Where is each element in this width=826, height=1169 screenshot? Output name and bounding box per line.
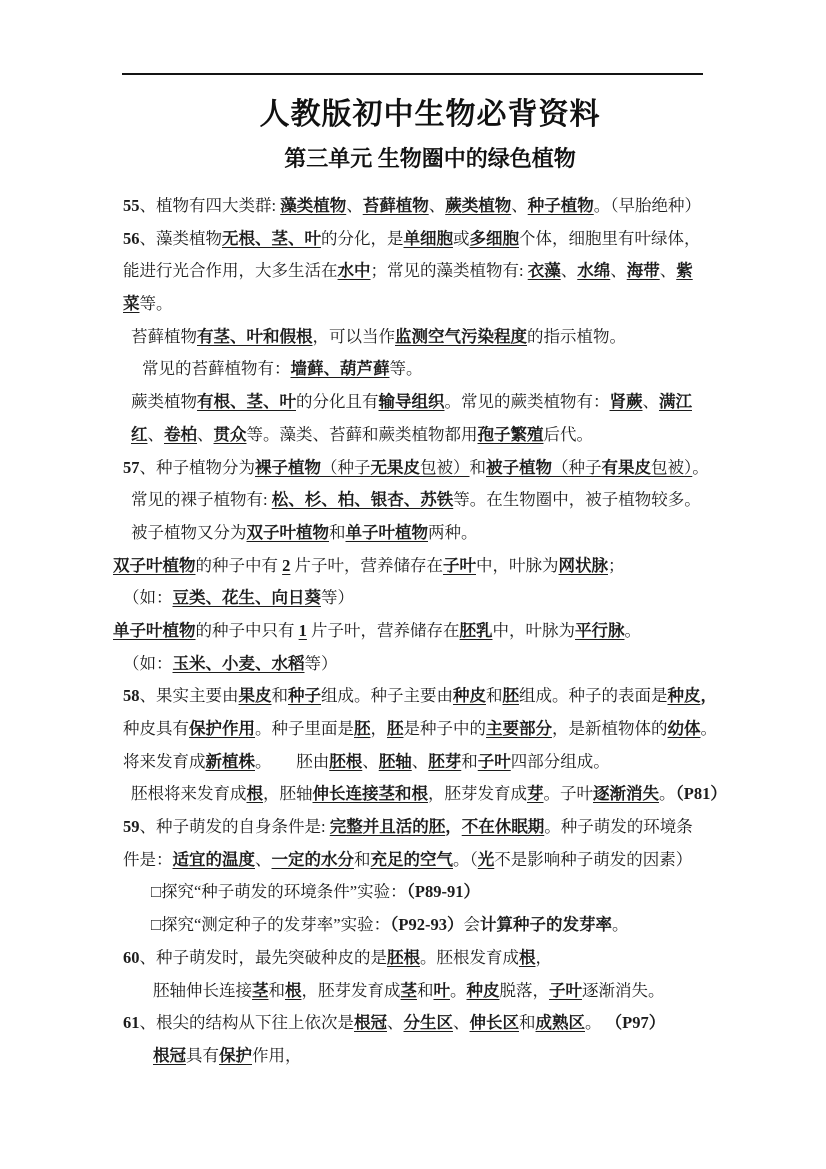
text-run: 会 <box>463 915 480 934</box>
text-run: 单细胞 <box>404 229 454 248</box>
text-run: 四部分组成。 <box>511 752 610 771</box>
text-run: 59 <box>123 817 140 836</box>
document-body: 55、植物有四大类群: 藻类植物、苔藓植物、蕨类植物、种子植物。（早胎绝种）56… <box>123 190 723 1073</box>
text-run: ，胚芽发育成 <box>302 981 401 1000</box>
text-line: 61、根尖的结构从下往上依次是根冠、分生区、伸长区和成熟区。 （P97） <box>123 1007 723 1040</box>
text-run: 和 <box>417 981 434 1000</box>
text-run: 和 <box>519 1013 536 1032</box>
text-run: 藻类植物 <box>280 196 346 215</box>
text-run: 。种子里面是 <box>255 719 354 738</box>
text-run: 、种子萌发的自身条件是: <box>140 817 330 836</box>
text-run: 逐渐消失 <box>593 784 659 803</box>
text-run: 、 <box>362 752 379 771</box>
text-run: 伸长连接茎和根 <box>313 784 429 803</box>
text-line: 常见的裸子植物有: 松、杉、柏、银杏、苏铁等。在生物圈中，被子植物较多。 <box>131 484 723 517</box>
text-line: 双子叶植物的种子中有 2 片子叶，营养储存在子叶中，叶脉为网状脉； <box>113 550 723 583</box>
text-line: 单子叶植物的种子中只有 1 片子叶，营养储存在胚乳中，叶脉为平行脉。 <box>113 615 723 648</box>
text-run: 根 <box>247 784 264 803</box>
text-run: 伸长区 <box>470 1013 520 1032</box>
text-run: 有茎、叶和假根 <box>197 327 313 346</box>
text-run: 和 <box>269 981 286 1000</box>
text-run: 贯众 <box>214 425 247 444</box>
text-line: 60、种子萌发时，最先突破种皮的是胚根。胚根发育成根， <box>123 942 723 975</box>
text-run: 。 胚由 <box>255 752 329 771</box>
text-run: （P81） <box>676 784 727 803</box>
text-run: 具有 <box>186 1046 219 1065</box>
text-run: 和 <box>486 686 503 705</box>
text-run: 胚 <box>354 719 371 738</box>
text-run: 子叶 <box>443 556 476 575</box>
text-run: 水绵 <box>577 261 610 280</box>
text-run: 菜 <box>123 294 140 313</box>
text-run: 。 <box>585 1013 606 1032</box>
text-run: 成熟区 <box>536 1013 586 1032</box>
text-run: 芽 <box>527 784 544 803</box>
text-run: ； <box>608 556 625 575</box>
text-run: 有果皮 <box>602 458 652 477</box>
text-run: ；常见的藻类植物有: <box>371 261 528 280</box>
text-run: 片子叶，营养储存在 <box>307 621 460 640</box>
text-run: 、 <box>387 1013 404 1032</box>
text-run: 果皮 <box>239 686 272 705</box>
text-run: 根冠 <box>153 1046 186 1065</box>
text-line: 59、种子萌发的自身条件是: 完整并且活的胚，不在休眠期。种子萌发的环境条 <box>123 811 723 844</box>
text-run: 、 <box>511 196 528 215</box>
text-run: 完整并且活的胚 <box>330 817 446 836</box>
text-line: 57、种子植物分为裸子植物（种子无果皮包被）和被子植物（种子有果皮包被）。 <box>123 452 723 485</box>
text-run: 等。 <box>140 294 173 313</box>
text-run: 子叶 <box>549 981 582 1000</box>
text-line: □探究“测定种子的发芽率”实验：（P92-93）会计算种子的发芽率。 <box>151 909 723 942</box>
text-run: 水中 <box>338 261 371 280</box>
text-run: 不是影响种子萌发的因素） <box>494 850 692 869</box>
text-run: 根 <box>285 981 302 1000</box>
text-run: 的分化且有 <box>296 392 379 411</box>
text-run: 充足的空气 <box>371 850 454 869</box>
text-run: 胚乳 <box>460 621 493 640</box>
text-run: 胚轴 <box>379 752 412 771</box>
text-run: 茎 <box>252 981 269 1000</box>
text-line: 58、果实主要由果皮和种子组成。种子主要由种皮和胚组成。种子的表面是种皮， <box>123 680 723 713</box>
text-run: 输导组织 <box>379 392 445 411</box>
text-run: 、植物有四大类群: <box>140 196 281 215</box>
text-line: 种皮具有保护作用。种子里面是胚，胚是种子中的主要部分，是新植物体的幼体。 <box>123 713 723 746</box>
text-run: （如： <box>123 654 173 673</box>
text-run: 、 <box>255 850 272 869</box>
text-run: 将来发育成 <box>123 752 206 771</box>
text-run: 保护作用 <box>189 719 255 738</box>
text-run: 保护 <box>219 1046 252 1065</box>
text-run: 无果皮 <box>371 458 421 477</box>
text-line: 胚根将来发育成根，胚轴伸长连接茎和根，胚芽发育成芽。子叶逐渐消失。（P81） <box>131 778 723 811</box>
text-run: 脱落， <box>500 981 550 1000</box>
text-line: 56、藻类植物无根、茎、叶的分化，是单细胞或多细胞个体，细胞里有叶绿体， <box>123 223 723 256</box>
text-line: （如：玉米、小麦、水稻等） <box>123 648 723 681</box>
text-run: （P92-93） <box>390 915 463 934</box>
text-run: 和 <box>470 458 487 477</box>
text-run: 包被） <box>420 458 470 477</box>
text-run: 平行脉 <box>575 621 625 640</box>
text-run: 55 <box>123 196 140 215</box>
text-run: 满江 <box>659 392 692 411</box>
text-run: 、 <box>660 261 677 280</box>
text-run: 。 <box>450 981 467 1000</box>
text-run: 后代。 <box>544 425 594 444</box>
text-run: 孢子繁殖 <box>478 425 544 444</box>
text-run: 组成。种子的表面是 <box>519 686 668 705</box>
text-run: ， <box>536 948 553 967</box>
text-run: 豆类、花生、向日葵 <box>173 588 322 607</box>
text-run: ，胚芽发育成 <box>428 784 527 803</box>
text-line: 胚轴伸长连接茎和根，胚芽发育成茎和叶。种皮脱落，子叶逐渐消失。 <box>153 975 723 1008</box>
text-run: ， <box>445 817 462 836</box>
text-run: 、 <box>453 1013 470 1032</box>
text-run: 双子叶植物 <box>113 556 196 575</box>
text-run: 、 <box>346 196 363 215</box>
text-run: ， <box>701 686 718 705</box>
text-run: 种皮 <box>668 686 701 705</box>
text-run: 根 <box>519 948 536 967</box>
text-run: 胚 <box>387 719 404 738</box>
text-line: 苔藓植物有茎、叶和假根，可以当作监测空气污染程度的指示植物。 <box>131 321 723 354</box>
text-run: 57 <box>123 458 140 477</box>
text-run: （种子 <box>321 458 371 477</box>
text-run: 墙藓、葫芦藓 <box>291 359 390 378</box>
text-run: 网状脉 <box>559 556 609 575</box>
text-run: 和 <box>329 523 346 542</box>
text-run: 松、杉、柏、银杏、苏铁 <box>272 490 454 509</box>
text-run: 的种子中有 <box>196 556 283 575</box>
text-run: 、根尖的结构从下往上依次是 <box>140 1013 355 1032</box>
text-run: 的指示植物。 <box>527 327 626 346</box>
text-run: 。 <box>692 458 709 477</box>
text-run: 分生区 <box>404 1013 454 1032</box>
text-run: 。（ <box>453 850 478 869</box>
text-run: 种皮具有 <box>123 719 189 738</box>
text-run: 逐渐消失。 <box>582 981 665 1000</box>
text-line: 蕨类植物有根、茎、叶的分化且有输导组织。常见的蕨类植物有：肾蕨、满江 <box>131 386 723 419</box>
text-line: 55、植物有四大类群: 藻类植物、苔藓植物、蕨类植物、种子植物。（早胎绝种） <box>123 190 723 223</box>
text-run: 件是： <box>123 850 173 869</box>
text-run: 光 <box>478 850 495 869</box>
text-run: 胚根 <box>387 948 420 967</box>
text-run: 被子植物 <box>486 458 552 477</box>
text-run: 和 <box>461 752 478 771</box>
text-run: 。 <box>659 784 676 803</box>
text-run: 60 <box>123 948 140 967</box>
text-run: ， <box>371 719 388 738</box>
text-run: 、 <box>148 425 165 444</box>
text-line: 红、卷柏、贯众等。藻类、苔藓和蕨类植物都用孢子繁殖后代。 <box>131 419 723 452</box>
header-rule <box>122 73 703 75</box>
text-run: ，可以当作 <box>313 327 396 346</box>
text-run: □探究“测定种子的发芽率”实验： <box>151 915 390 934</box>
text-run: 、 <box>561 261 578 280</box>
text-run: 衣藻 <box>528 261 561 280</box>
text-run: 等。 <box>390 359 423 378</box>
text-line: 根冠具有保护作用， <box>153 1040 723 1073</box>
text-run: 。（早胎绝种） <box>594 196 701 215</box>
text-run: ，是新植物体的 <box>552 719 668 738</box>
text-run: （P89-91） <box>407 882 480 901</box>
text-run: 等） <box>321 588 354 607</box>
text-run: 子叶 <box>478 752 511 771</box>
text-run: 不在休眠期 <box>462 817 545 836</box>
text-run: 。常见的蕨类植物有： <box>445 392 610 411</box>
text-run: 、 <box>412 752 429 771</box>
text-run: 胚根 <box>329 752 362 771</box>
text-run: 个体，细胞里有叶绿体， <box>519 229 701 248</box>
text-run: 常见的苔藓植物有： <box>142 359 291 378</box>
text-run: 。 <box>701 719 718 738</box>
text-run: 红 <box>131 425 148 444</box>
text-run: 片子叶，营养储存在 <box>290 556 443 575</box>
text-run: 61 <box>123 1013 140 1032</box>
text-run: 或 <box>453 229 470 248</box>
text-run: 胚根将来发育成 <box>131 784 247 803</box>
text-run: 胚轴伸长连接 <box>153 981 252 1000</box>
text-run: 、 <box>429 196 446 215</box>
text-run: 无根、茎、叶 <box>222 229 321 248</box>
text-run: （种子 <box>552 458 602 477</box>
text-run: 监测空气污染程度 <box>395 327 527 346</box>
text-run: 根冠 <box>354 1013 387 1032</box>
text-run: 苔藓植物 <box>131 327 197 346</box>
text-run: 卷柏 <box>164 425 197 444</box>
text-run: 海带 <box>627 261 660 280</box>
text-run: 胚 <box>503 686 520 705</box>
text-run: 、 <box>610 261 627 280</box>
text-run: 单子叶植物 <box>346 523 429 542</box>
text-run: 计算种子的发芽率 <box>480 915 612 934</box>
text-run: 。 <box>625 621 642 640</box>
text-run: 和 <box>354 850 371 869</box>
text-line: 件是：适宜的温度、一定的水分和充足的空气。（光不是影响种子萌发的因素） <box>123 844 723 877</box>
text-run: 、果实主要由 <box>140 686 239 705</box>
text-run: 、种子萌发时，最先突破种皮的是 <box>140 948 388 967</box>
text-run: 等） <box>305 654 338 673</box>
text-run: 种皮 <box>467 981 500 1000</box>
text-run: 被子植物又分为 <box>131 523 247 542</box>
text-run: 双子叶植物 <box>247 523 330 542</box>
text-run: 、藻类植物 <box>140 229 223 248</box>
text-run: 的种子中只有 <box>196 621 299 640</box>
text-run: 。子叶 <box>544 784 594 803</box>
text-run: □探究“种子萌发的环境条件”实验： <box>151 882 407 901</box>
text-run: 、 <box>643 392 660 411</box>
text-run: 多细胞 <box>470 229 520 248</box>
text-line: 常见的苔藓植物有：墙藓、葫芦藓等。 <box>142 353 723 386</box>
text-run: 胚芽 <box>428 752 461 771</box>
text-run: （如： <box>123 588 173 607</box>
text-run: 种子植物 <box>528 196 594 215</box>
text-run: 包被） <box>651 458 692 477</box>
text-run: 两种。 <box>428 523 478 542</box>
text-run: 玉米、小麦、水稻 <box>173 654 305 673</box>
text-run: 等。在生物圈中，被子植物较多。 <box>453 490 701 509</box>
text-run: 。种子萌发的环境条 <box>544 817 693 836</box>
text-run: 茎 <box>401 981 418 1000</box>
text-run: 苔藓植物 <box>363 196 429 215</box>
text-run: 适宜的温度 <box>173 850 256 869</box>
text-run: 58 <box>123 686 140 705</box>
text-run: 蕨类植物 <box>131 392 197 411</box>
text-run: 有根、茎、叶 <box>197 392 296 411</box>
document-page: 人教版初中生物必背资料 第三单元 生物圈中的绿色植物 55、植物有四大类群: 藻… <box>0 0 826 1169</box>
text-run: 种子 <box>288 686 321 705</box>
text-line: □探究“种子萌发的环境条件”实验：（P89-91） <box>151 876 723 909</box>
text-run: 常见的裸子植物有: <box>131 490 272 509</box>
text-run: 一定的水分 <box>272 850 355 869</box>
text-run: （P97） <box>606 1013 666 1032</box>
text-run: 紫 <box>676 261 693 280</box>
text-run: 56 <box>123 229 140 248</box>
text-run: 肾蕨 <box>610 392 643 411</box>
text-run: 单子叶植物 <box>113 621 196 640</box>
text-run: 等。藻类、苔藓和蕨类植物都用 <box>247 425 478 444</box>
text-line: （如：豆类、花生、向日葵等） <box>123 582 723 615</box>
text-run: 1 <box>299 621 307 640</box>
text-run: 是种子中的 <box>404 719 487 738</box>
text-run: 幼体 <box>668 719 701 738</box>
text-run: 的分化，是 <box>321 229 404 248</box>
text-run: 叶 <box>434 981 451 1000</box>
text-run: 蕨类植物 <box>445 196 511 215</box>
text-run: 。 <box>612 915 629 934</box>
text-run: 主要部分 <box>486 719 552 738</box>
page-title: 人教版初中生物必背资料 <box>0 92 826 138</box>
text-run: 。胚根发育成 <box>420 948 519 967</box>
text-run: 中，叶脉为 <box>493 621 576 640</box>
page-subtitle: 第三单元 生物圈中的绿色植物 <box>0 141 826 177</box>
text-run: 、 <box>197 425 214 444</box>
text-run: 能进行光合作用，大多生活在 <box>123 261 338 280</box>
text-run: ，胚轴 <box>263 784 313 803</box>
text-line: 被子植物又分为双子叶植物和单子叶植物两种。 <box>131 517 723 550</box>
text-run: 、种子植物分为 <box>140 458 256 477</box>
text-run: 新植株 <box>206 752 256 771</box>
text-run: 作用， <box>252 1046 302 1065</box>
text-line: 能进行光合作用，大多生活在水中；常见的藻类植物有: 衣藻、水绵、海带、紫 <box>123 255 723 288</box>
text-run: 裸子植物 <box>255 458 321 477</box>
text-run: 和 <box>272 686 289 705</box>
text-run: 中，叶脉为 <box>476 556 559 575</box>
text-run: 组成。种子主要由 <box>321 686 453 705</box>
text-line: 菜等。 <box>123 288 723 321</box>
text-run: 种皮 <box>453 686 486 705</box>
text-line: 将来发育成新植株。 胚由胚根、胚轴、胚芽和子叶四部分组成。 <box>123 746 723 779</box>
